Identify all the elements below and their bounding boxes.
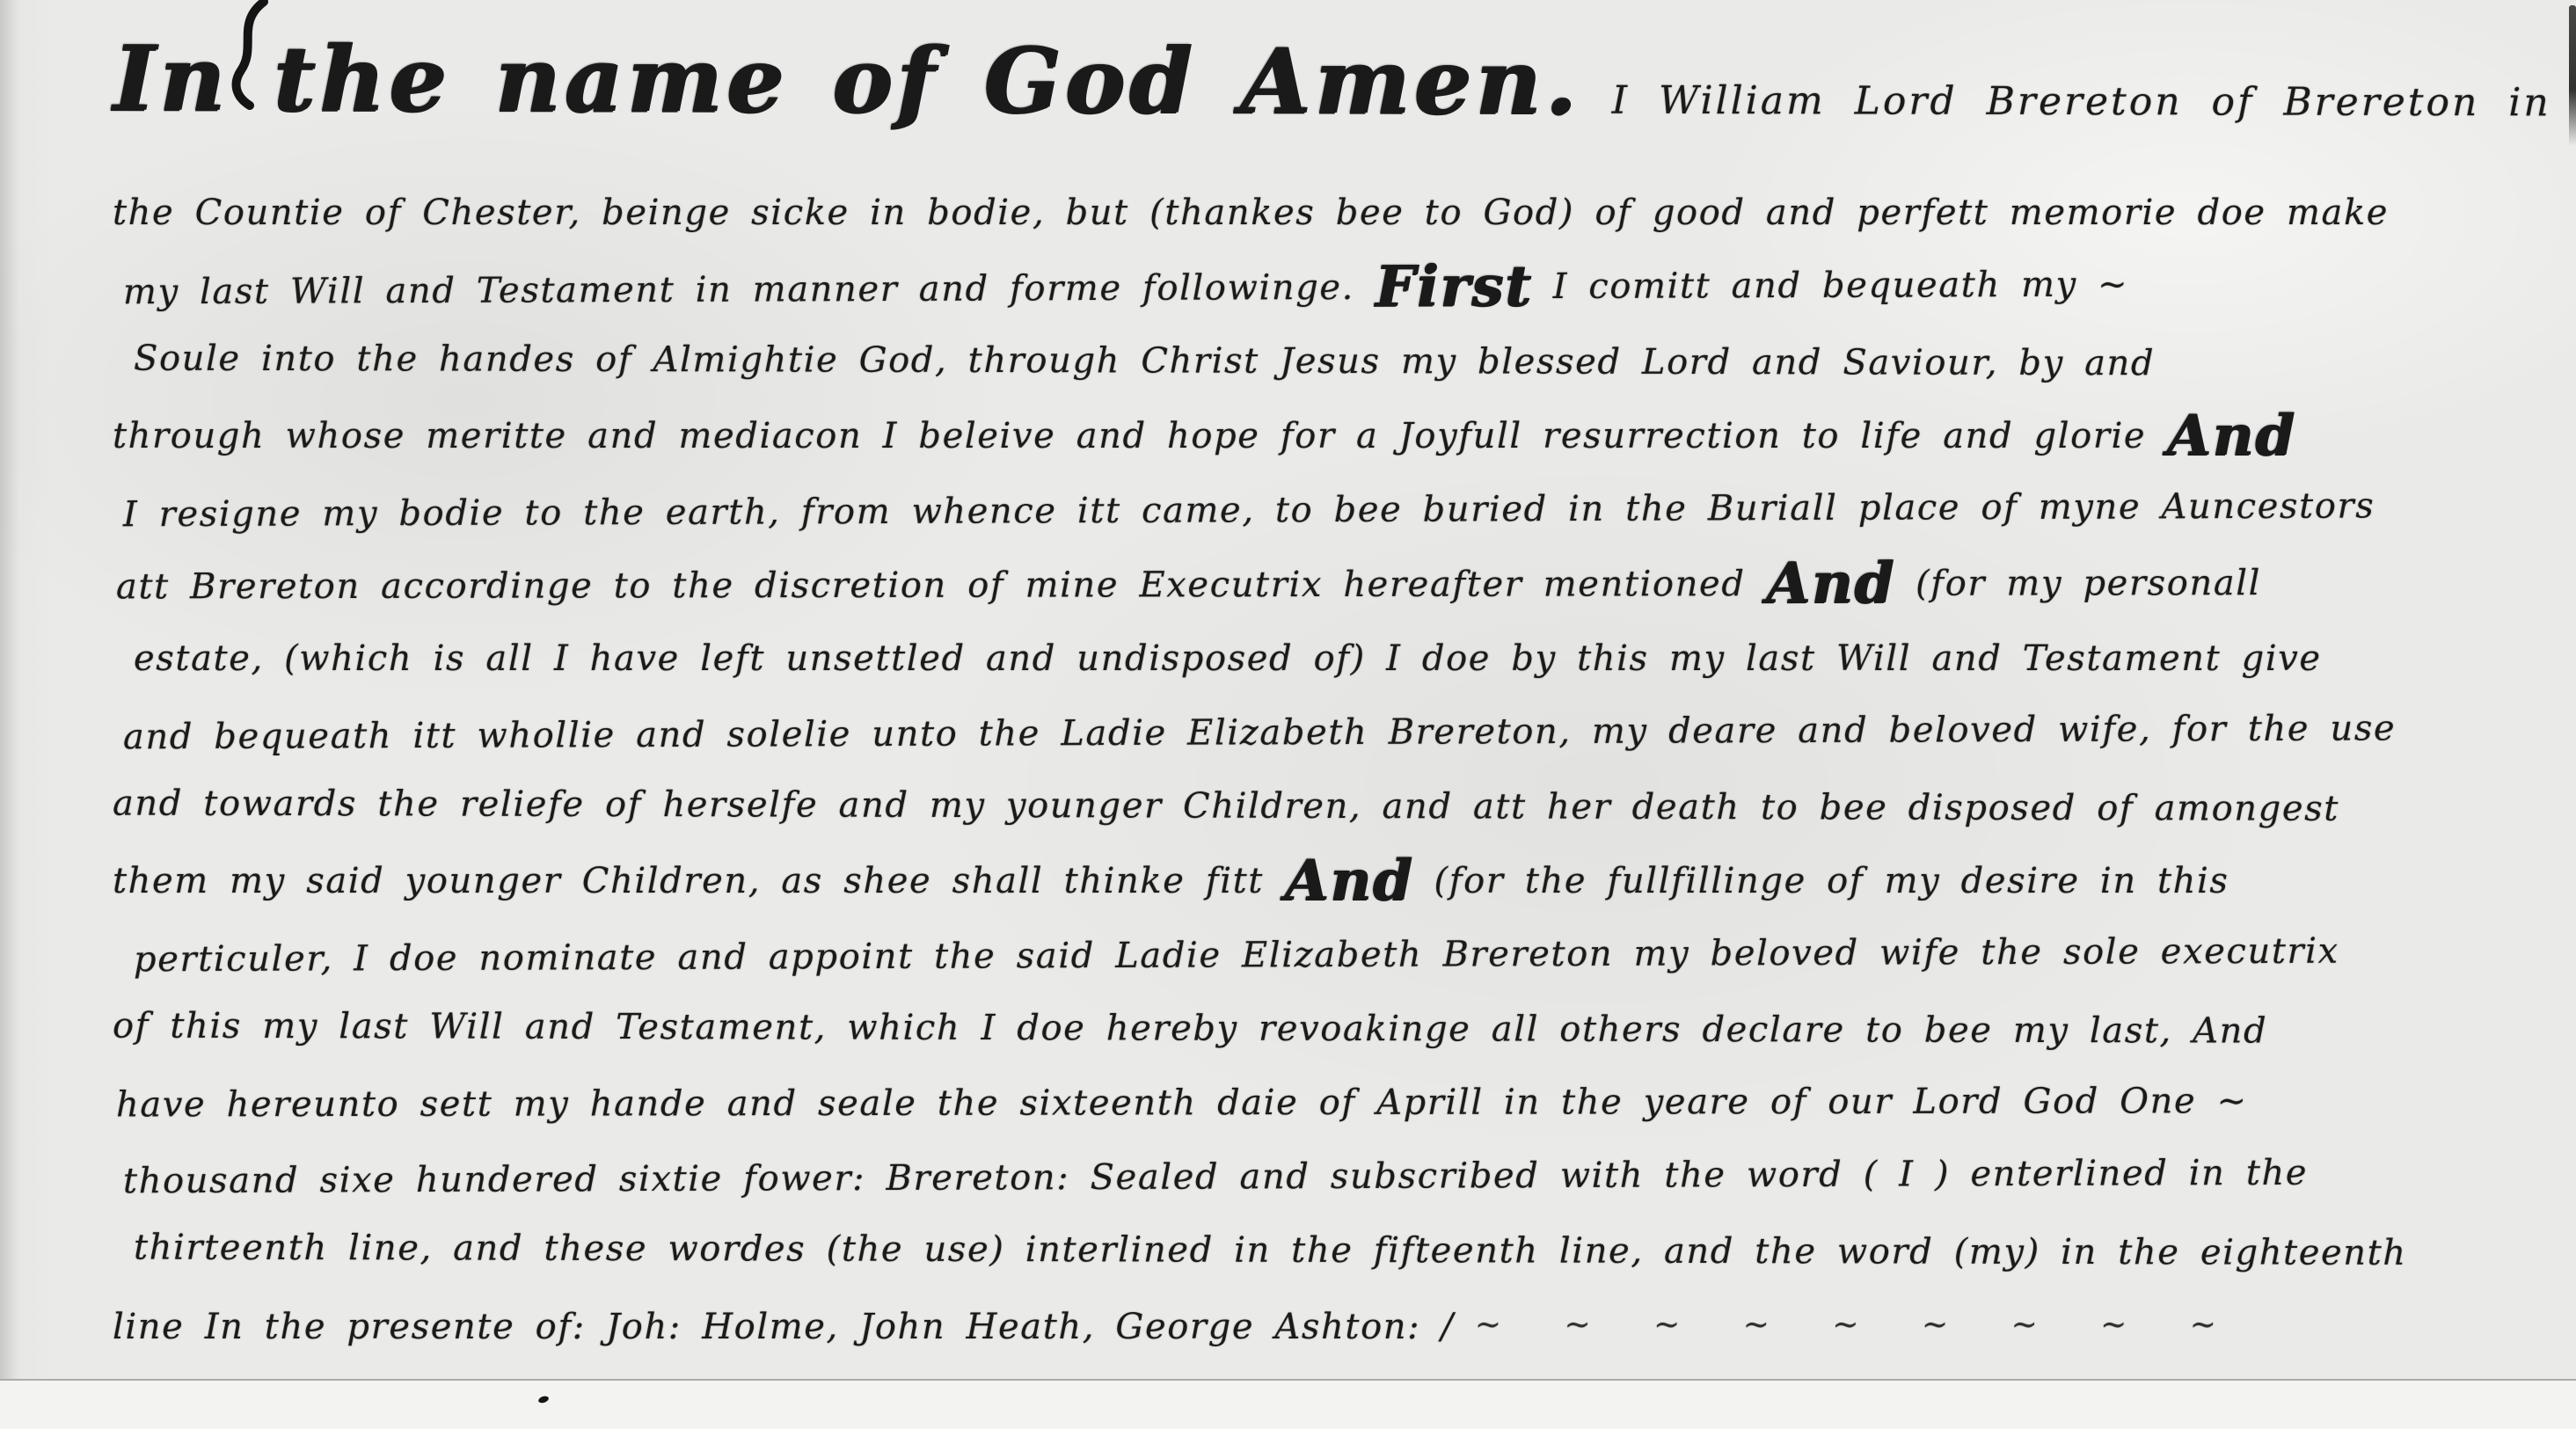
handwritten-text: I resigne my bodie to the earth, from wh…: [123, 485, 2375, 535]
manuscript-line: my last Will and Testament in manner and…: [123, 249, 2550, 333]
handwritten-text: my last Will and Testament in manner and…: [123, 267, 1375, 312]
manuscript-line: estate, (which is all I have left unsett…: [134, 625, 2550, 699]
manuscript-line: thirteenth line, and these wordes (the u…: [134, 1214, 2550, 1294]
scan-edge-mark: [2569, 5, 2576, 146]
handwritten-text: of this my last Will and Testament, whic…: [113, 1006, 2267, 1052]
manuscript-line: I resigne my bodie to the earth, from wh…: [123, 472, 2550, 556]
manuscript-line: of this my last Will and Testament, whic…: [113, 993, 2550, 1073]
handwritten-text: thirteenth line, and these wordes (the u…: [134, 1228, 2407, 1273]
handwritten-text: I comitt and bequeath my ~: [1532, 265, 2128, 308]
blackletter-text: In the name of God Amen.: [113, 26, 1580, 135]
handwritten-text: line In the presente of: Joh: Holme, Joh…: [113, 1307, 1475, 1347]
manuscript-line: Soule into the handes of Almightie God, …: [134, 325, 2550, 405]
handwritten-text: them my said younger Children, as shee s…: [113, 861, 1284, 901]
manuscript-line: through whose meritte and mediacon I bel…: [113, 402, 2550, 477]
handwritten-text: I William Lord Brereton of Brereton in: [1612, 78, 2551, 126]
blackletter-text: First: [1375, 253, 1532, 320]
handwritten-text: and bequeath itt whollie and solelie unt…: [123, 708, 2396, 757]
manuscript-line: and towards the reliefe of herselfe and …: [113, 770, 2550, 850]
manuscript-line: the Countie of Chester, beinge sicke in …: [113, 179, 2550, 253]
heading-line: In the name of God Amen.I William Lord B…: [113, 13, 2550, 178]
manuscript-line: line In the presente of: Joh: Holme, Joh…: [113, 1291, 2550, 1367]
manuscript-line: att Brereton accordinge to the discretio…: [116, 549, 2550, 628]
manuscript-text: In the name of God Amen.I William Lord B…: [113, 16, 2550, 1367]
blackletter-text: And: [1766, 550, 1895, 616]
handwritten-text: Soule into the handes of Almightie God, …: [134, 339, 2155, 384]
manuscript-line: and bequeath itt whollie and solelie unt…: [123, 695, 2550, 778]
manuscript-line: thousand sixe hundered sixtie fower: Bre…: [123, 1139, 2550, 1222]
flourish-dashes: ~ ~ ~ ~ ~ ~ ~ ~ ~: [1475, 1307, 2243, 1343]
handwritten-text: through whose meritte and mediacon I bel…: [113, 416, 2167, 456]
handwritten-text: (for my personall: [1895, 563, 2261, 604]
handwritten-text: have hereunto sett my hande and seale th…: [116, 1081, 2248, 1125]
handwritten-text: (for the fullfillinge of my desire in th…: [1413, 861, 2229, 901]
manuscript-line: them my said younger Children, as shee s…: [113, 847, 2550, 922]
handwritten-text: thousand sixe hundered sixtie fower: Bre…: [123, 1153, 2308, 1202]
manuscript-line: perticuler, I doe nominate and appoint t…: [134, 917, 2550, 1001]
handwritten-text: the Countie of Chester, beinge sicke in …: [113, 193, 2389, 233]
handwritten-text: perticuler, I doe nominate and appoint t…: [134, 931, 2339, 981]
handwritten-text: estate, (which is all I have left unsett…: [134, 638, 2322, 679]
blackletter-text: And: [1284, 848, 1413, 914]
handwritten-text: att Brereton accordinge to the discretio…: [116, 564, 1766, 607]
page-bottom-edge: [0, 1379, 2576, 1429]
blackletter-text: And: [2167, 403, 2296, 469]
manuscript-page: In the name of God Amen.I William Lord B…: [0, 0, 2576, 1429]
manuscript-line: have hereunto sett my hande and seale th…: [116, 1068, 2550, 1146]
handwritten-text: and towards the reliefe of herselfe and …: [113, 784, 2339, 829]
